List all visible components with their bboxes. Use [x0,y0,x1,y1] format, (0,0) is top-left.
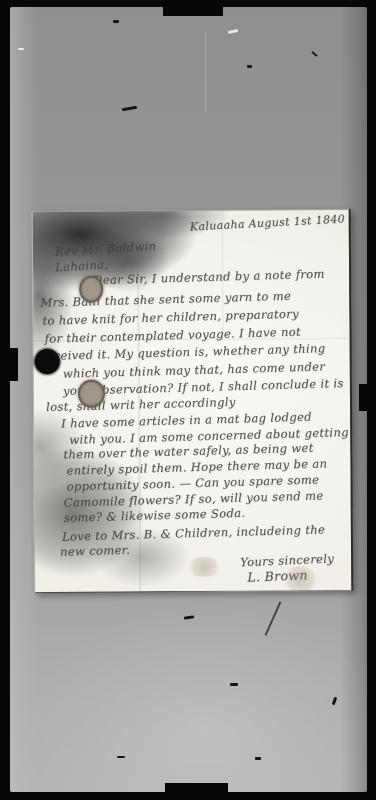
faint-seal-stain [283,566,317,592]
faint-seal-stain [187,557,221,577]
handwriting-body-line: Dear Sir, I understand by a note from [93,267,325,287]
punch-hole-upper [79,276,103,303]
handwriting-place: Lahaina, [55,257,109,274]
handwriting-dateline: Kaluaaha August 1st 1840 [190,212,346,233]
scratch-mark-light [205,32,206,112]
film-frame-top-tab [163,0,223,16]
film-frame-left-tab [0,348,18,381]
dust-speck-white [18,48,24,50]
handwriting-body-line: new comer. [60,543,131,559]
ink-blot-hole [35,349,60,374]
punch-hole-lower [78,380,105,408]
dust-speck [117,756,125,758]
handwriting-closing: Yours sincerely [240,551,334,569]
letter-paper: Kaluaaha August 1st 1840 Rev Mr. Baldwin… [32,209,354,593]
dust-speck [247,65,252,68]
film-frame-right-tab [359,384,376,411]
film-frame-bottom-tab [165,783,228,800]
handwriting-body-line: Mrs. Baill that she sent some yarn to me [40,289,291,310]
film-frame-left [0,0,10,800]
dust-speck [113,20,119,23]
dust-speck [255,757,261,760]
handwriting-body-line: lost, shall writ her accordingly [46,395,236,414]
scanned-letter-photo: Kaluaaha August 1st 1840 Rev Mr. Baldwin… [0,0,376,800]
dust-speck [230,683,238,686]
handwriting-body-line: to have knit for her children, preparato… [42,307,299,328]
handwriting-recipient: Rev Mr. Baldwin [55,239,157,259]
handwriting-body-line: Love to Mrs. B. & Children, includeing t… [62,522,326,543]
